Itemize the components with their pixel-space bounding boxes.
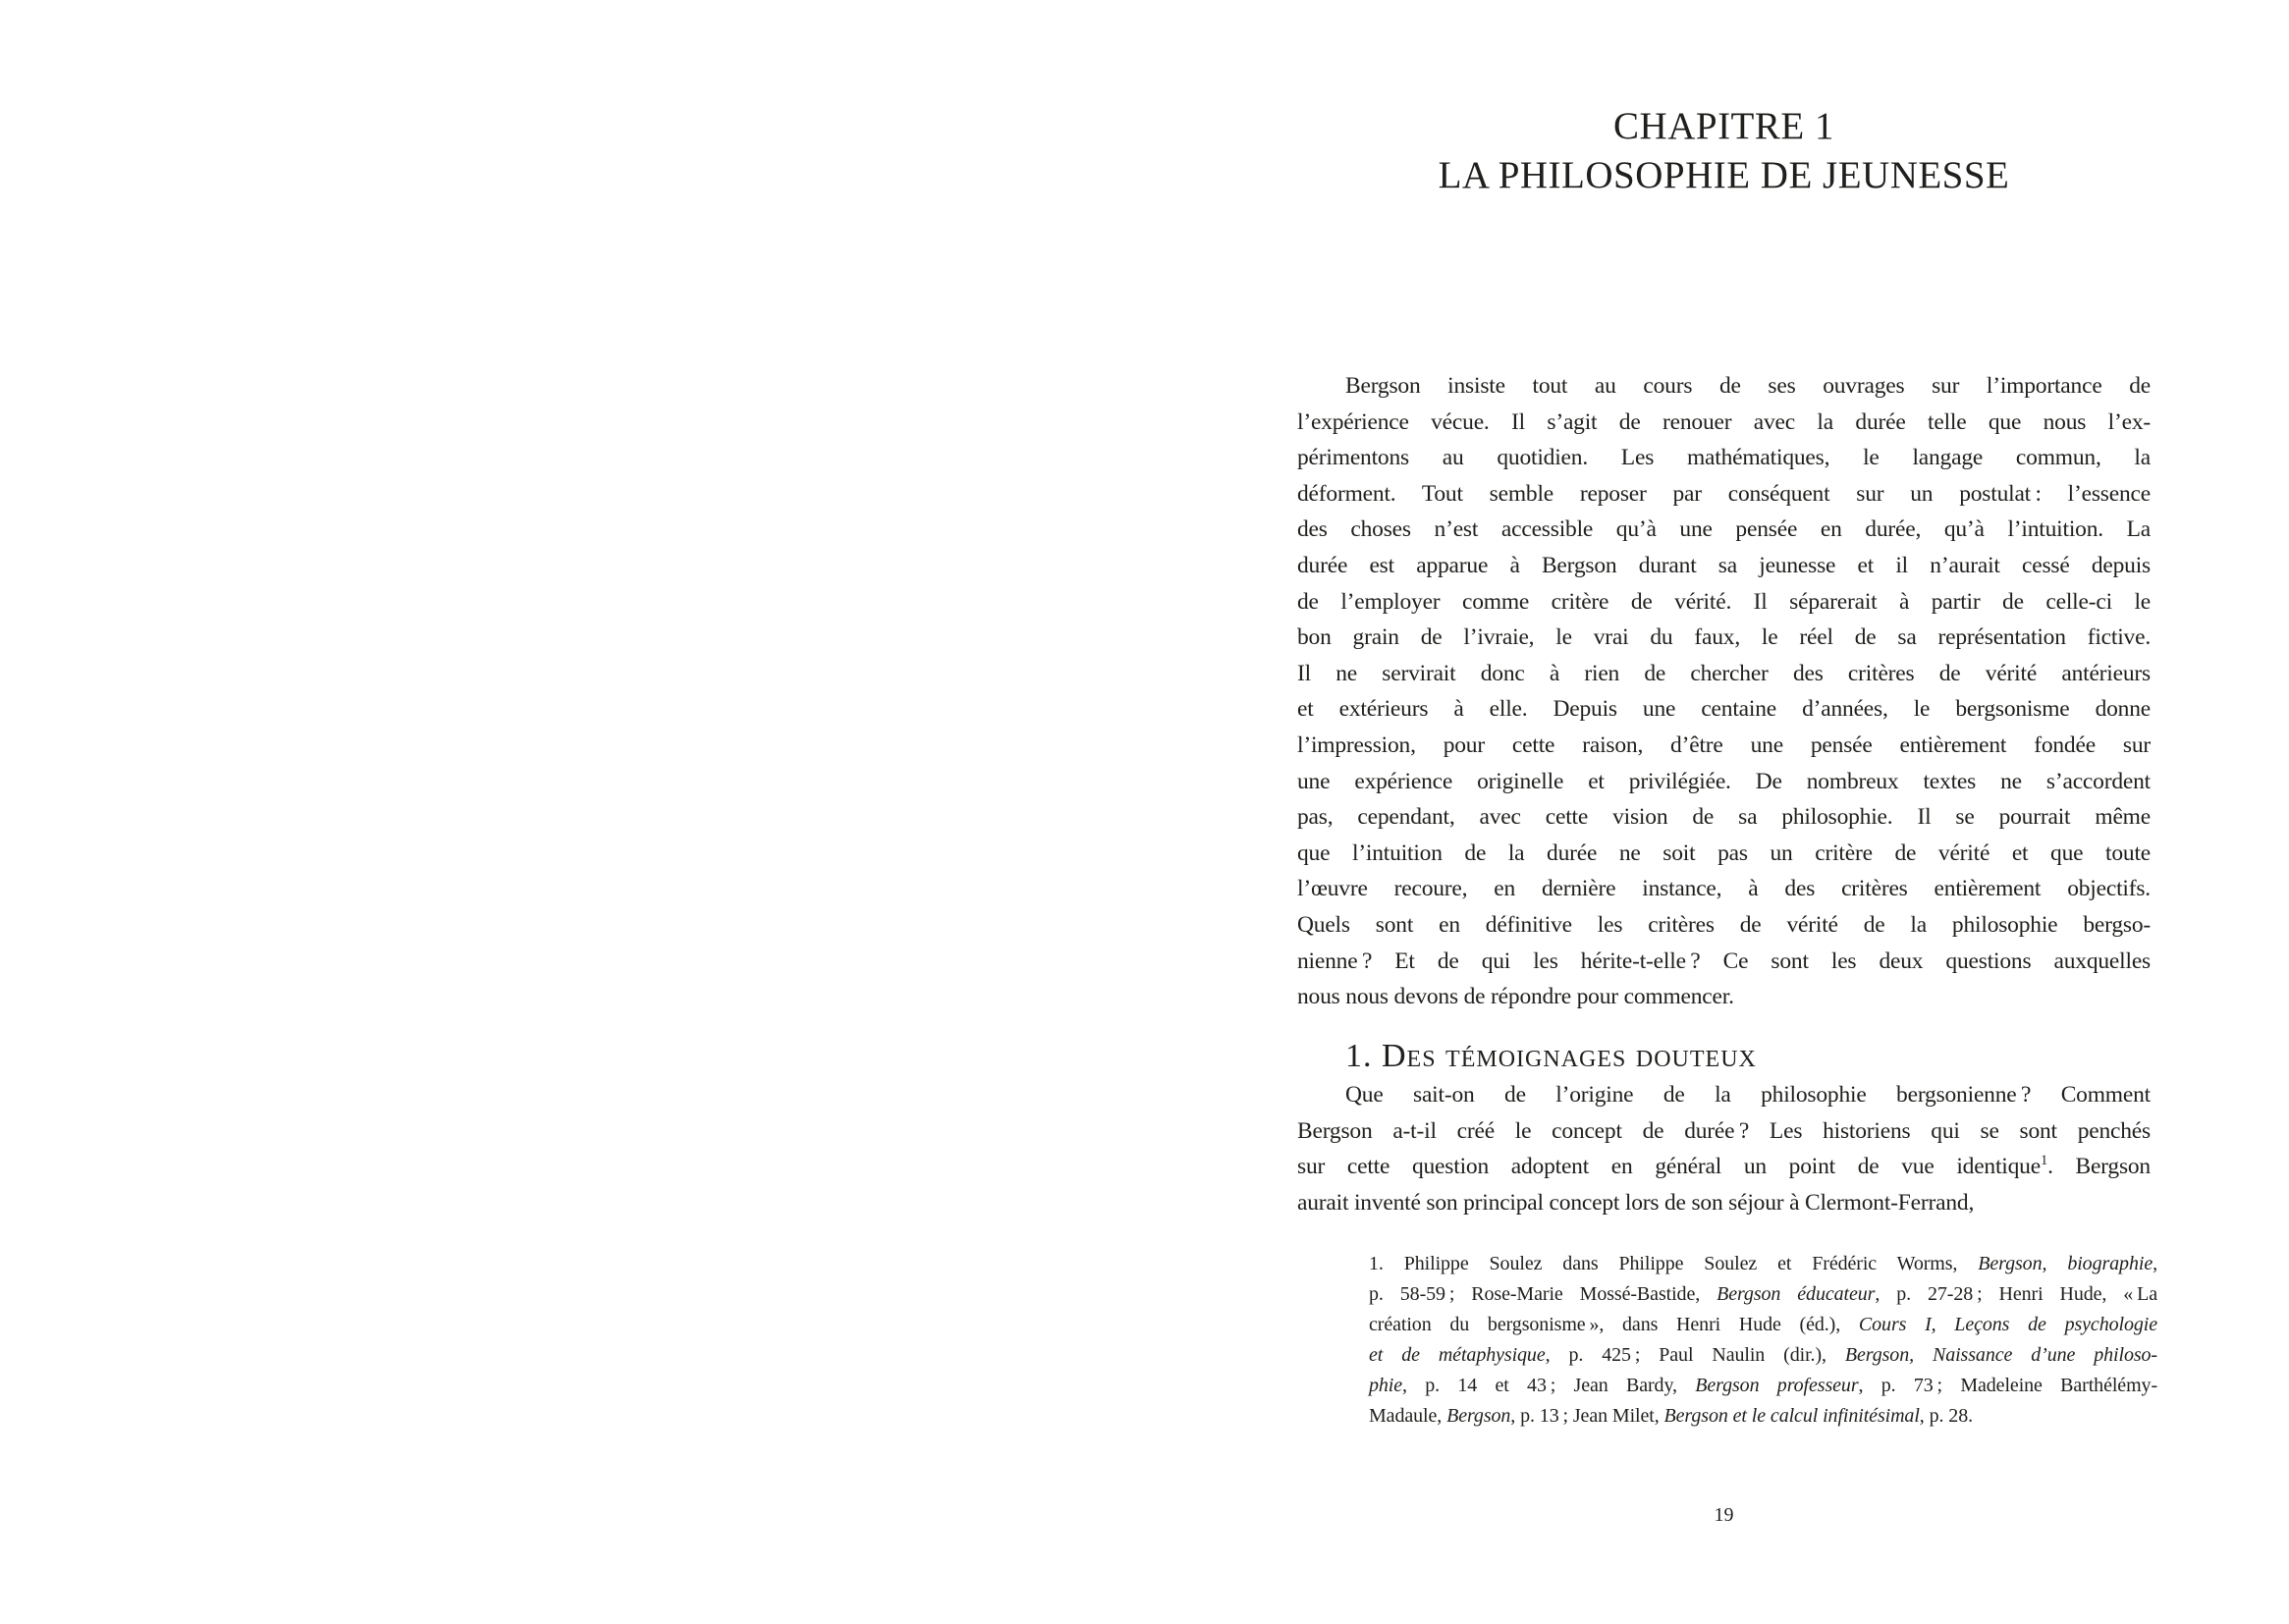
text-segment: nous nous devons de répondre pour commen…	[1297, 984, 1734, 1009]
text-line: Bergson insiste tout au cours de ses ouv…	[1297, 368, 2151, 405]
text-segment: une expérience originelle et privilégiée…	[1297, 769, 2151, 794]
text-segment: , p. 73 ; Madeleine Barthélémy-	[1859, 1375, 2158, 1396]
text-segment: Cours I, Leçons de psychologie	[1859, 1314, 2157, 1335]
text-line: Que sait-on de l’origine de la philosoph…	[1297, 1077, 2151, 1113]
text-segment: création du bergsonisme », dans Henri Hu…	[1369, 1314, 1859, 1335]
text-segment: l’impression, pour cette raison, d’être …	[1297, 732, 2151, 758]
section-heading: 1. Des témoignages douteux	[1297, 1037, 2151, 1076]
text-line: création du bergsonisme », dans Henri Hu…	[1369, 1310, 2157, 1340]
text-segment: aurait inventé son principal concept lor…	[1297, 1190, 1974, 1216]
text-segment: Que sait-on de l’origine de la philosoph…	[1345, 1082, 2151, 1108]
text-line: déforment. Tout semble reposer par consé…	[1297, 476, 2151, 513]
text-line: et de métaphysique, p. 425 ; Paul Naulin…	[1369, 1340, 2157, 1371]
text-segment: Quels sont en définitive les critères de…	[1297, 912, 2151, 938]
text-segment: durée est apparue à Bergson durant sa je…	[1297, 553, 2151, 578]
text-line: et extérieurs à elle. Depuis une centain…	[1297, 691, 2151, 728]
text-segment: phie	[1369, 1375, 1402, 1396]
text-segment: l’expérience vécue. Il s’agit de renouer…	[1297, 409, 2151, 435]
text-segment: nienne ? Et de qui les hérite-t-elle ? C…	[1297, 948, 2151, 974]
text-line: nienne ? Et de qui les hérite-t-elle ? C…	[1297, 944, 2151, 980]
text-segment: 1. Philippe Soulez dans Philippe Soulez …	[1369, 1253, 1978, 1274]
text-segment: pas, cependant, avec cette vision de sa …	[1297, 804, 2151, 830]
text-segment: déforment. Tout semble reposer par consé…	[1297, 481, 2151, 507]
text-line: de l’employer comme critère de vérité. I…	[1297, 584, 2151, 621]
text-segment: Bergson insiste tout au cours de ses ouv…	[1345, 373, 2151, 399]
text-segment: , p. 425 ; Paul Naulin (dir.),	[1546, 1344, 1845, 1366]
text-line: nous nous devons de répondre pour commen…	[1297, 979, 2151, 1015]
text-segment: ,	[2153, 1253, 2157, 1274]
text-line: l’impression, pour cette raison, d’être …	[1297, 728, 2151, 764]
book-page: CHAPITRE 1 LA PHILOSOPHIE DE JEUNESSE Be…	[0, 0, 2289, 1624]
text-line: Madaule, Bergson, p. 13 ; Jean Milet, Be…	[1369, 1401, 2157, 1432]
text-line: périmentons au quotidien. Les mathématiq…	[1297, 440, 2151, 476]
text-segment: de l’employer comme critère de vérité. I…	[1297, 589, 2151, 615]
text-line: des choses n’est accessible qu’à une pen…	[1297, 512, 2151, 548]
text-segment: l’œuvre recoure, en dernière instance, à…	[1297, 876, 2151, 901]
text-segment: , p. 14 et 43 ; Jean Bardy,	[1402, 1375, 1695, 1396]
text-line: Quels sont en définitive les critères de…	[1297, 907, 2151, 944]
chapter-title-block: CHAPITRE 1 LA PHILOSOPHIE DE JEUNESSE	[1297, 102, 2151, 200]
text-segment: Bergson, Naissance d’une philoso-	[1845, 1344, 2157, 1366]
text-segment: périmentons au quotidien. Les mathématiq…	[1297, 445, 2151, 470]
chapter-number: CHAPITRE 1	[1297, 102, 2151, 151]
text-segment: Madaule,	[1369, 1405, 1446, 1427]
text-segment: Bergson	[1446, 1405, 1510, 1427]
page-number: 19	[1297, 1502, 2151, 1528]
text-segment: des choses n’est accessible qu’à une pen…	[1297, 516, 2151, 542]
text-segment: Bergson a-t-il créé le concept de durée …	[1297, 1118, 2151, 1144]
text-segment: p. 58-59 ; Rose-Marie Mossé-Bastide,	[1369, 1283, 1717, 1305]
text-line: durée est apparue à Bergson durant sa je…	[1297, 548, 2151, 584]
body-paragraph-1: Bergson insiste tout au cours de ses ouv…	[1297, 368, 2151, 1015]
text-segment: bon grain de l’ivraie, le vrai du faux, …	[1297, 624, 2151, 650]
text-segment: Bergson éducateur	[1717, 1283, 1875, 1305]
text-line: l’œuvre recoure, en dernière instance, à…	[1297, 871, 2151, 907]
text-segment: Bergson professeur	[1695, 1375, 1858, 1396]
text-segment: , p. 28.	[1920, 1405, 1973, 1427]
text-segment: que l’intuition de la durée ne soit pas …	[1297, 840, 2151, 866]
text-line: p. 58-59 ; Rose-Marie Mossé-Bastide, Ber…	[1369, 1279, 2157, 1310]
text-line: sur cette question adoptent en général u…	[1297, 1149, 2151, 1185]
text-segment: Bergson, biographie	[1978, 1253, 2153, 1274]
text-line: une expérience originelle et privilégiée…	[1297, 764, 2151, 800]
text-line: pas, cependant, avec cette vision de sa …	[1297, 799, 2151, 836]
text-segment: et de métaphysique	[1369, 1344, 1546, 1366]
text-segment: , p. 27-28 ; Henri Hude, « La	[1875, 1283, 2157, 1305]
body-paragraph-2: Que sait-on de l’origine de la philosoph…	[1297, 1077, 2151, 1220]
chapter-title: LA PHILOSOPHIE DE JEUNESSE	[1297, 151, 2151, 200]
text-line: bon grain de l’ivraie, le vrai du faux, …	[1297, 620, 2151, 656]
text-segment: . Bergson	[2047, 1154, 2151, 1179]
text-line: phie, p. 14 et 43 ; Jean Bardy, Bergson …	[1369, 1371, 2157, 1401]
text-line: 1. Philippe Soulez dans Philippe Soulez …	[1369, 1249, 2157, 1279]
text-line: aurait inventé son principal concept lor…	[1297, 1185, 2151, 1221]
text-segment: Bergson et le calcul infinitésimal	[1664, 1405, 1920, 1427]
text-segment: , p. 13 ; Jean Milet,	[1510, 1405, 1663, 1427]
footnote-reference: 1	[2041, 1153, 2047, 1168]
text-segment: et extérieurs à elle. Depuis une centain…	[1297, 696, 2151, 722]
text-line: que l’intuition de la durée ne soit pas …	[1297, 836, 2151, 872]
footnote: 1. Philippe Soulez dans Philippe Soulez …	[1369, 1249, 2157, 1432]
text-segment: sur cette question adoptent en général u…	[1297, 1154, 2041, 1179]
text-line: Bergson a-t-il créé le concept de durée …	[1297, 1113, 2151, 1150]
text-segment: Il ne servirait donc à rien de chercher …	[1297, 661, 2151, 686]
text-line: l’expérience vécue. Il s’agit de renouer…	[1297, 405, 2151, 441]
text-line: Il ne servirait donc à rien de chercher …	[1297, 656, 2151, 692]
